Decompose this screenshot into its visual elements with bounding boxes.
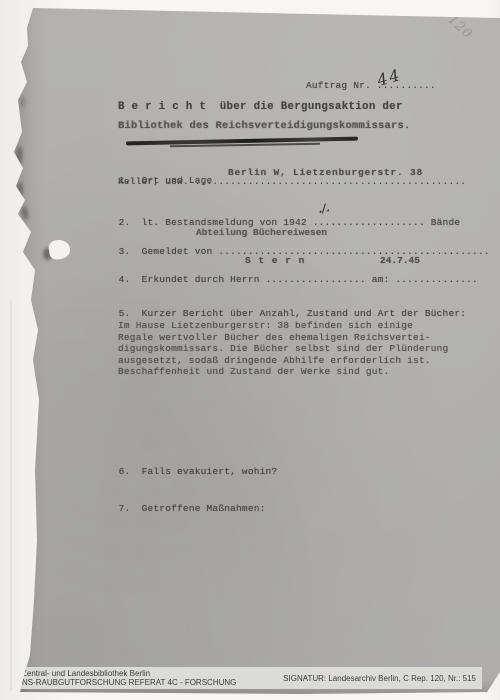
library-attribution: Zentral- und Landesbibliothek Berlin NS-… — [22, 669, 236, 688]
item-3-number: 3. — [119, 246, 142, 257]
provenance-footer-bar: Zentral- und Landesbibliothek Berlin NS-… — [16, 667, 482, 689]
item-2-handwritten-mark: ./. — [317, 201, 331, 216]
library-name: Zentral- und Landesbibliothek Berlin — [22, 669, 236, 679]
item-6-row: 6.Falls evakuiert, wohin? — [95, 455, 277, 488]
auftrag-number-line: Auftrag Nr. .......... — [306, 80, 436, 91]
torn-edge-shadow-left — [12, 0, 46, 700]
item-7-text: Getroffene Maßnahmen: — [142, 503, 266, 514]
item-4-number: 4. — [119, 274, 142, 285]
item-6-number: 6. — [119, 466, 142, 477]
document-page: 120 Auftrag Nr. .......... 44 B e r i c … — [0, 0, 500, 700]
item-4-typed-name: S t e r n — [245, 255, 305, 266]
tear-shadow-spot — [17, 182, 23, 198]
item-4-typed-date: 24.7.45 — [380, 255, 420, 266]
library-department: NS-RAUBGUTFORSCHUNG REFERAT 4C - FORSCHU… — [22, 678, 236, 688]
item-5-report-paragraph: Im Hause Lietzenburgerstr: 38 befinden s… — [118, 320, 448, 378]
item-7-number: 7. — [119, 503, 142, 514]
report-title-line2: Bibliothek des Reichsverteidigungskommis… — [118, 120, 411, 132]
item-5-text: Kurzer Bericht über Anzahl, Zustand und … — [142, 308, 467, 319]
item-5-number: 5. — [119, 308, 142, 319]
item-4-text: Erkundet durch Herrn ................. a… — [142, 274, 478, 285]
item-7-row: 7.Getroffene Maßnahmen: — [95, 492, 266, 525]
archive-signature: SIGNATUR: Landesarchiv Berlin, C Rep. 12… — [283, 674, 476, 683]
scanner-crease — [10, 300, 12, 690]
tear-shadow-spot — [20, 96, 25, 108]
item-3-text: Gemeldet von ...........................… — [142, 246, 490, 257]
paper-hole — [48, 239, 71, 261]
archive-page-number-handwritten: 120 — [445, 13, 476, 43]
item-1-typed-value: Berlin W, Lietzenburgerstr. 38 — [228, 167, 423, 178]
item-6-text: Falls evakuiert, wohin? — [142, 466, 278, 477]
item-4-row: 4.Erkundet durch Herrn .................… — [95, 263, 478, 296]
item-2-number: 2. — [119, 217, 142, 228]
item-3-typed-value: Abteilung Büchereiwesen — [196, 227, 327, 238]
report-title-line1: B e r i c h t über die Bergungsaktion de… — [118, 101, 403, 113]
